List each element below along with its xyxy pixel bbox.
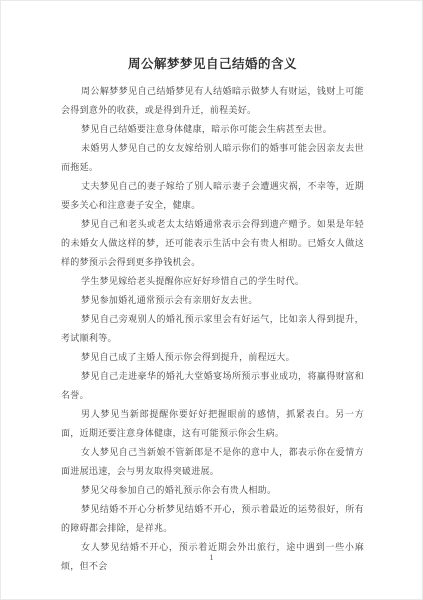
paragraph: 周公解梦梦见自己结婚梦见有人结婚暗示做梦人有财运，钱财上可能会得到意外的收获，或…: [61, 82, 364, 120]
paragraph: 梦见自己结婚要注意身体健康，暗示你可能会生病甚至去世。: [61, 120, 364, 139]
document-content: 周公解梦梦见自己结婚的含义 周公解梦梦见自己结婚梦见有人结婚暗示做梦人有财运，钱…: [61, 55, 364, 576]
document-page: 周公解梦梦见自己结婚的含义 周公解梦梦见自己结婚梦见有人结婚暗示做梦人有财运，钱…: [0, 0, 423, 600]
page-footer: 1: [1, 553, 422, 563]
paragraph: 梦见自己成了主婚人预示你会得到提升，前程远大。: [61, 348, 364, 367]
paragraph: 梦见父母参加自己的婚礼预示你会有贵人相助。: [61, 481, 364, 500]
page-number: 1: [210, 553, 214, 562]
paragraph: 男人梦见当新郎提醒你要好好把握眼前的感情，抓紧表白。另一方面，近期还要注意身体健…: [61, 405, 364, 443]
paragraph: 女人梦见自己当新娘不管新郎是不是你的意中人，都表示你在爱情方面进展迅速，会与男友…: [61, 443, 364, 481]
paragraph: 梦见参加婚礼通常预示会有亲朋好友去世。: [61, 291, 364, 310]
document-title: 周公解梦梦见自己结婚的含义: [61, 55, 364, 73]
paragraph: 丈夫梦见自己的妻子嫁给了别人暗示妻子会遭遇灾祸，不幸等，近期要多关心和注意妻子安…: [61, 177, 364, 215]
paragraph: 梦见结婚不开心分析梦见结婚不开心，预示着最近的运势很好，所有的障碍都会排除，是祥…: [61, 500, 364, 538]
paragraph: 学生梦见嫁给老头提醒你应好好珍惜自己的学生时代。: [61, 272, 364, 291]
paragraph: 未婚男人梦见自己的女友嫁给别人暗示你们的婚事可能会因亲友去世而拖延。: [61, 139, 364, 177]
paragraph: 梦见自己和老头或老太太结婚通常表示会得到遗产赠予。如果是年轻的未婚女人做这样的梦…: [61, 215, 364, 272]
paragraph: 梦见自己旁观别人的婚礼预示家里会有好运气，比如亲人得到提升，考试顺利等。: [61, 310, 364, 348]
document-body: 周公解梦梦见自己结婚梦见有人结婚暗示做梦人有财运，钱财上可能会得到意外的收获，或…: [61, 82, 364, 576]
paragraph: 梦见自己走进豪华的婚礼大堂婚宴场所预示事业成功，将赢得财富和名誉。: [61, 367, 364, 405]
